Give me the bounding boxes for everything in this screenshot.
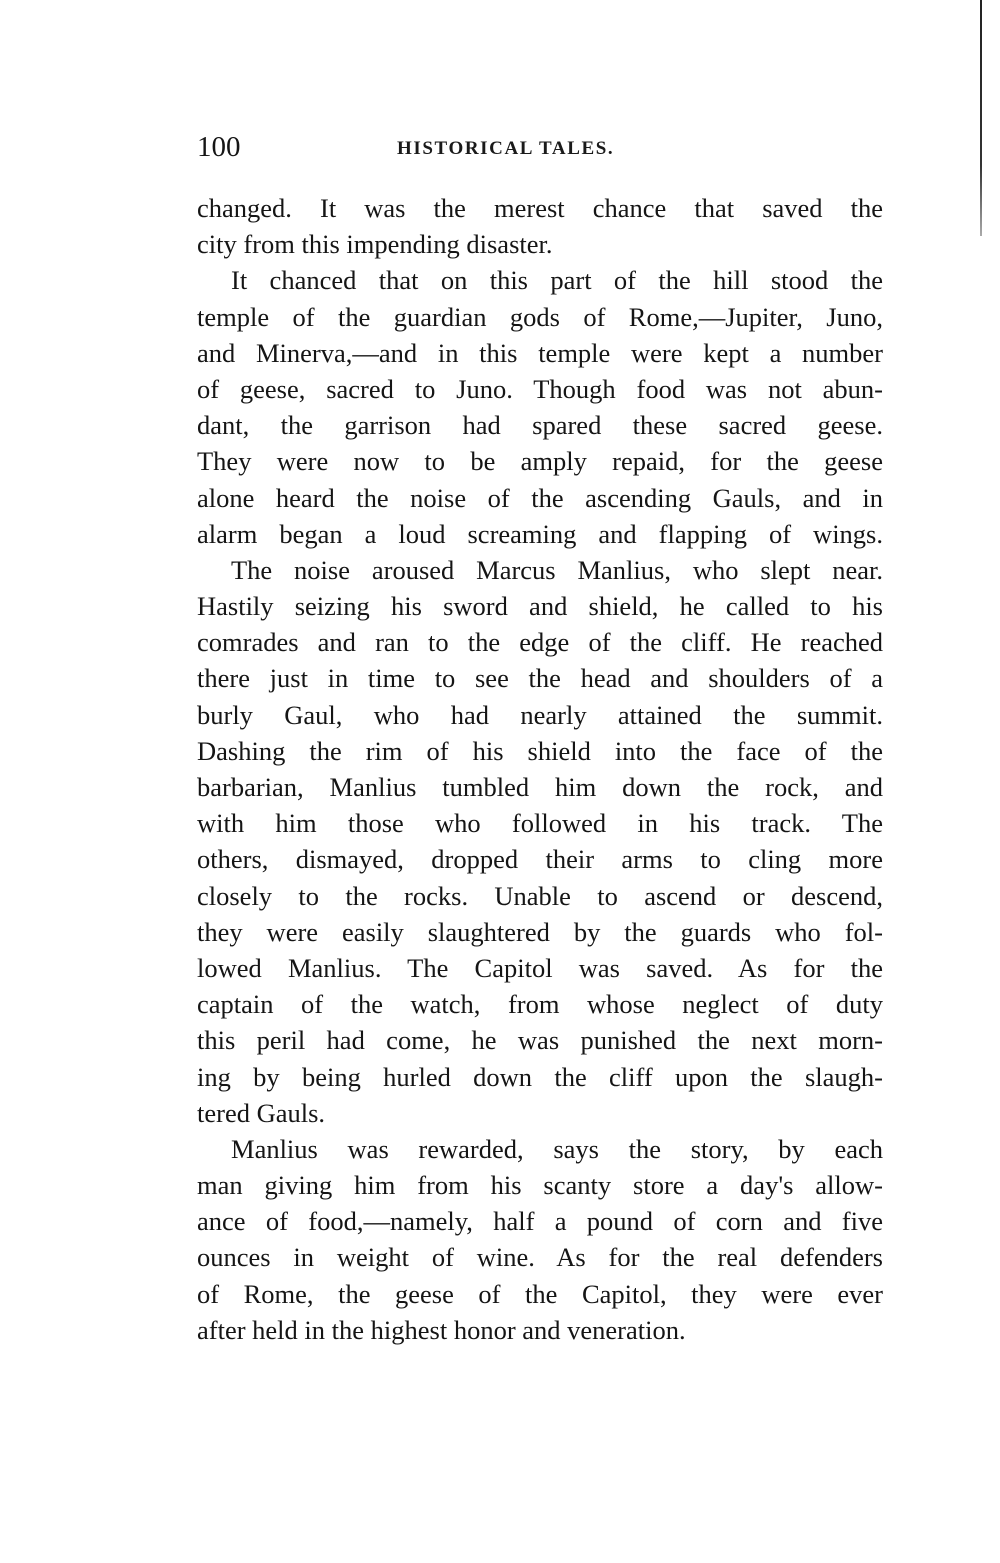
text-line: They were now to be amply repaid, for th… <box>197 443 883 479</box>
text-line: of Rome, the geese of the Capitol, they … <box>197 1276 883 1312</box>
text-line: temple of the guardian gods of Rome,—Jup… <box>197 299 883 335</box>
body-text: changed. It was the merest chance that s… <box>197 190 883 1348</box>
page-number: 100 <box>197 129 241 165</box>
text-line: there just in time to see the head and s… <box>197 660 883 696</box>
text-line: Hastily seizing his sword and shield, he… <box>197 588 883 624</box>
paragraph: It chanced that on this part of the hill… <box>197 262 883 552</box>
text-line: dant, the garrison had spared these sacr… <box>197 407 883 443</box>
running-title: HISTORICAL TALES. <box>397 137 614 161</box>
text-line: after held in the highest honor and vene… <box>197 1312 883 1348</box>
text-line: barbarian, Manlius tumbled him down the … <box>197 769 883 805</box>
text-line: closely to the rocks. Unable to ascend o… <box>197 878 883 914</box>
paragraph: Manlius was rewarded, says the story, by… <box>197 1131 883 1348</box>
paragraph: The noise aroused Marcus Manlius, who sl… <box>197 552 883 1131</box>
text-line: The noise aroused Marcus Manlius, who sl… <box>197 552 883 588</box>
text-line: and Minerva,—and in this temple were kep… <box>197 335 883 371</box>
text-line: others, dismayed, dropped their arms to … <box>197 841 883 877</box>
text-line: Dashing the rim of his shield into the f… <box>197 733 883 769</box>
text-line: man giving him from his scanty store a d… <box>197 1167 883 1203</box>
text-line: burly Gaul, who had nearly attained the … <box>197 697 883 733</box>
text-line: changed. It was the merest chance that s… <box>197 190 883 226</box>
text-line: ing by being hurled down the cliff upon … <box>197 1059 883 1095</box>
text-line: city from this impending disaster. <box>197 226 883 262</box>
text-line: this peril had come, he was punished the… <box>197 1022 883 1058</box>
text-line: Manlius was rewarded, says the story, by… <box>197 1131 883 1167</box>
scanned-page-edge-line <box>980 0 982 236</box>
text-line: alarm began a loud screaming and flappin… <box>197 516 883 552</box>
text-line: ance of food,—namely, half a pound of co… <box>197 1203 883 1239</box>
text-line: captain of the watch, from whose neglect… <box>197 986 883 1022</box>
text-line: of geese, sacred to Juno. Though food wa… <box>197 371 883 407</box>
text-line: comrades and ran to the edge of the clif… <box>197 624 883 660</box>
text-line: lowed Manlius. The Capitol was saved. As… <box>197 950 883 986</box>
paragraph: changed. It was the merest chance that s… <box>197 190 883 262</box>
text-line: they were easily slaughtered by the guar… <box>197 914 883 950</box>
running-head: 100 HISTORICAL TALES. <box>197 129 883 169</box>
text-line: It chanced that on this part of the hill… <box>197 262 883 298</box>
text-line: alone heard the noise of the ascending G… <box>197 480 883 516</box>
text-line: ounces in weight of wine. As for the rea… <box>197 1239 883 1275</box>
text-line: tered Gauls. <box>197 1095 883 1131</box>
text-line: with him those who followed in his track… <box>197 805 883 841</box>
